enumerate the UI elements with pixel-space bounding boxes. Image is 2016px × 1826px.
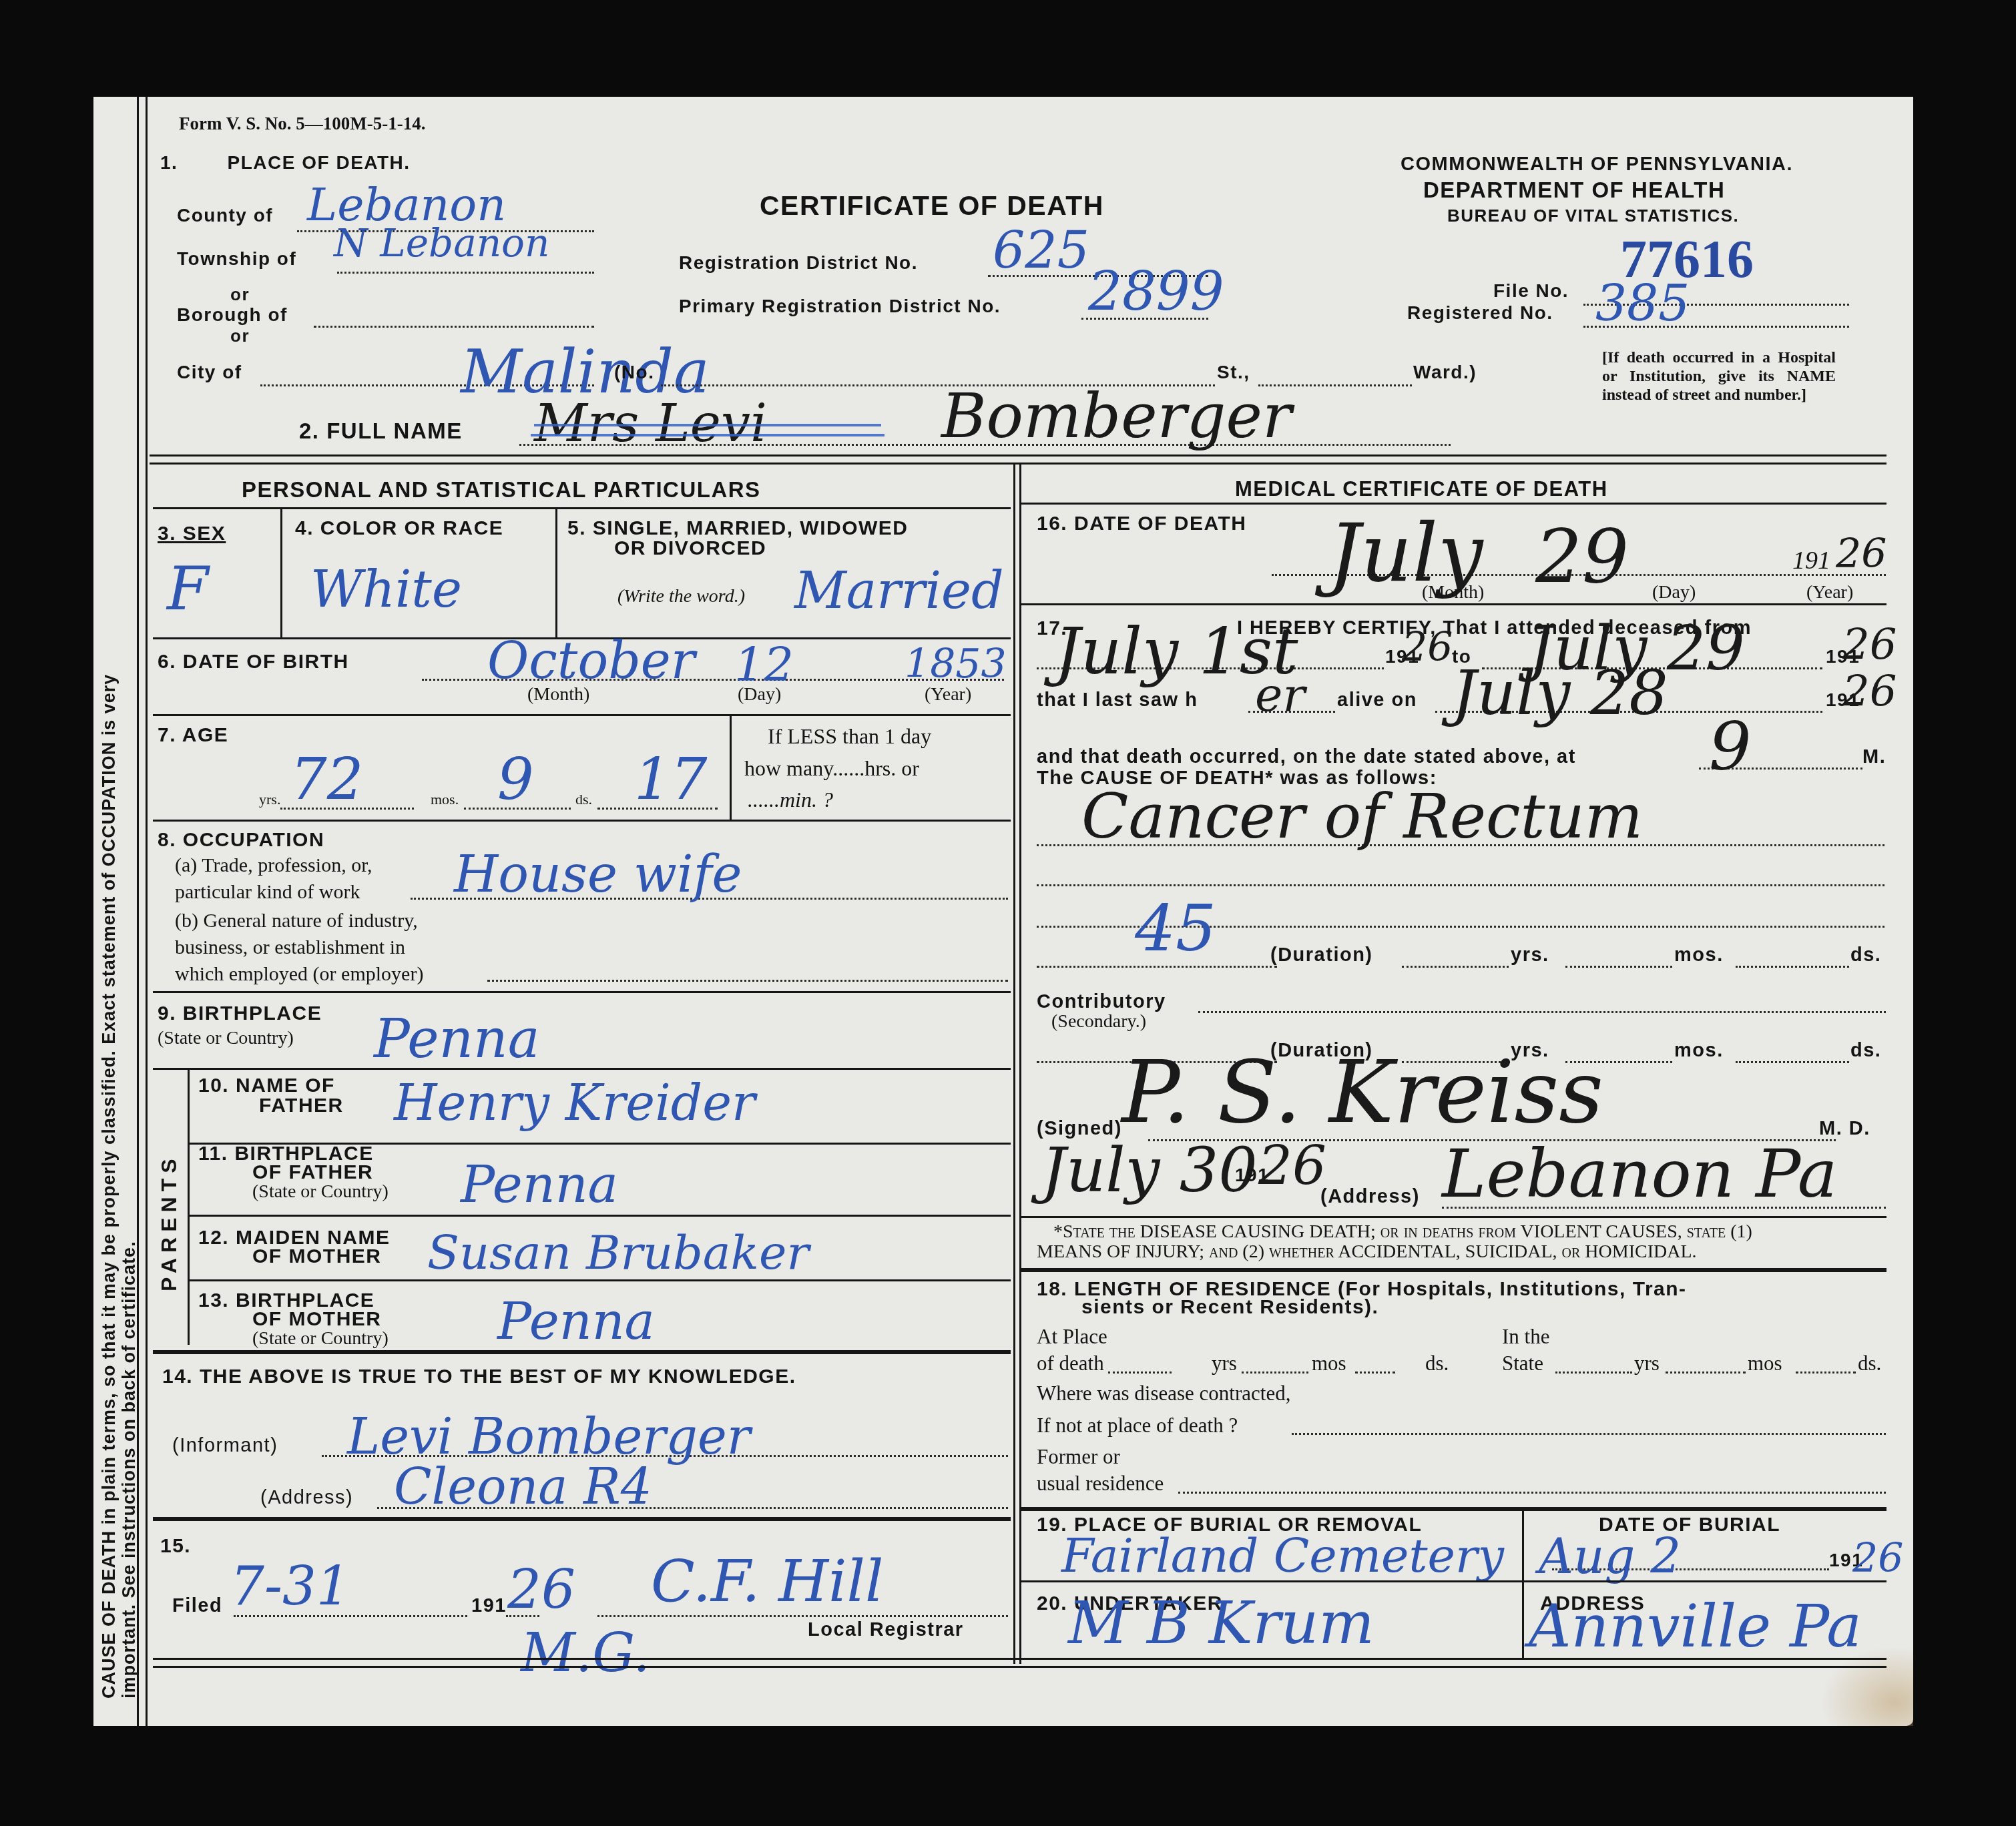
cell-divider <box>730 715 732 820</box>
occupation-value: House wife <box>454 844 742 904</box>
township-field[interactable] <box>337 272 594 274</box>
occupation-b1: (b) General nature of industry, <box>175 910 418 932</box>
informant-value: Levi Bomberger <box>347 1408 750 1466</box>
signed-year: 26 <box>1258 1135 1326 1197</box>
margin-rule-2 <box>146 97 148 1726</box>
row-rule <box>153 714 1011 716</box>
birthplace-label: 9. BIRTHPLACE <box>158 1002 322 1025</box>
undertaker-address-value: Annville Pa <box>1529 1592 1862 1660</box>
row-rule-thick <box>1021 1507 1886 1511</box>
death-time-suffix: M. <box>1862 746 1886 768</box>
less-than-line1: If LESS than 1 day <box>768 724 931 749</box>
issuer-line3: BUREAU OF VITAL STATISTICS. <box>1447 206 1739 226</box>
row-rule-thick <box>1021 1268 1886 1272</box>
father-bp-label-2: OF FATHER <box>252 1161 373 1184</box>
primary-district-value: 2899 <box>1088 260 1224 322</box>
primary-district-label: Primary Registration District No. <box>679 296 1001 317</box>
duration-yrs: yrs. <box>1511 944 1549 966</box>
signed-value: P. S. Kreiss <box>1121 1041 1603 1143</box>
section-rule <box>150 454 1886 456</box>
dod-label: 16. DATE OF DEATH <box>1037 513 1246 535</box>
reg-district-value: 625 <box>993 220 1089 280</box>
row-rule <box>190 1279 1011 1281</box>
signer-address-value: Lebanon Pa <box>1442 1135 1837 1213</box>
last-saw-label: that I last saw h <box>1037 689 1198 711</box>
row-rule-thick <box>153 1517 1011 1521</box>
contracted-line2: If not at place of death ? <box>1037 1414 1238 1438</box>
age-mos-caption: mos. <box>431 791 459 808</box>
birthplace-hint: (State or Country) <box>158 1028 294 1049</box>
occupation-a2: particular kind of work <box>175 881 360 904</box>
filed-label: Filed <box>172 1595 222 1617</box>
age-yrs-value: 72 <box>290 746 363 813</box>
registrar-signature: C.F. Hill <box>651 1548 884 1615</box>
race-value: White <box>310 559 462 619</box>
sex-value: F <box>167 554 208 624</box>
dod-year: 26 <box>1836 531 1886 577</box>
dod-day-caption: (Day) <box>1652 582 1696 603</box>
age-mos-value: 9 <box>497 746 534 813</box>
registered-no-label: Registered No. <box>1407 302 1553 324</box>
burial-year: 26 <box>1852 1535 1903 1582</box>
column-divider <box>1013 463 1015 1664</box>
residence-heading-2: sients or Recent Residents). <box>1081 1296 1378 1319</box>
county-label: County of <box>177 205 273 226</box>
contributory-field[interactable] <box>1198 1011 1886 1013</box>
race-label: 4. COLOR OR RACE <box>295 517 503 540</box>
cause-field-2[interactable] <box>1037 884 1884 886</box>
strikethrough-line <box>531 434 885 436</box>
registrar-label: Local Registrar <box>808 1619 964 1641</box>
marital-label-1: 5. SINGLE, MARRIED, WIDOWED <box>567 517 909 540</box>
row-rule <box>1021 603 1886 605</box>
issuer-line2: DEPARTMENT OF HEALTH <box>1423 178 1725 203</box>
at-place-yrs: yrs <box>1212 1351 1237 1376</box>
age-ds-caption: ds. <box>575 791 592 808</box>
former-residence-field[interactable] <box>1178 1492 1886 1494</box>
parents-divider <box>188 1068 190 1345</box>
marital-value: Married <box>794 561 1004 620</box>
hospital-note: [If death occurred in a Hospital or Inst… <box>1602 348 1836 404</box>
signer-address-label: (Address) <box>1320 1186 1420 1208</box>
marital-hint: (Write the word.) <box>617 586 745 607</box>
at-place-ds: ds. <box>1425 1351 1449 1376</box>
sex-label: 3. SEX <box>158 523 226 545</box>
ward-label: Ward.) <box>1413 362 1477 383</box>
dod-month-caption: (Month) <box>1422 582 1484 603</box>
in-state-mos: mos <box>1748 1351 1782 1376</box>
informant-address-label: (Address) <box>260 1487 353 1509</box>
alive-on-year: 26 <box>1842 667 1897 717</box>
row-rule <box>1021 1216 1886 1218</box>
or-2: or <box>230 326 250 346</box>
at-place-yrs-field[interactable] <box>1108 1372 1172 1374</box>
personal-heading: PERSONAL AND STATISTICAL PARTICULARS <box>242 477 761 503</box>
dod-year-caption: (Year) <box>1806 582 1853 603</box>
at-place-mos: mos <box>1312 1351 1346 1376</box>
alive-on-value: July 28 <box>1452 657 1668 729</box>
cell-divider <box>280 509 282 637</box>
column-divider <box>1019 463 1021 1664</box>
former-line1: Former or <box>1037 1445 1120 1469</box>
contributory-label: Contributory <box>1037 991 1166 1013</box>
attended-to-year: 26 <box>1842 621 1897 670</box>
in-state-mos-field[interactable] <box>1666 1372 1746 1374</box>
section-rule <box>150 463 1886 465</box>
dob-year: 1853 <box>905 641 1007 687</box>
marital-label-2: OR DIVORCED <box>614 537 766 560</box>
death-time-value: 9 <box>1709 707 1752 786</box>
father-bp-value: Penna <box>461 1155 618 1214</box>
occupation-b2: business, or establishment in <box>175 936 405 959</box>
at-place-mos-field[interactable] <box>1242 1372 1308 1374</box>
full-name-label: 2. FULL NAME <box>299 418 463 444</box>
duration-ds-field[interactable] <box>1736 966 1849 968</box>
occupation-label: 8. OCCUPATION <box>158 829 324 852</box>
secondary-label: (Secondary.) <box>1051 1011 1146 1032</box>
township-label: Township of <box>177 248 296 270</box>
contributory-ds-field[interactable] <box>1736 1061 1849 1063</box>
duration-field[interactable] <box>1037 966 1277 968</box>
bottom-rule <box>153 1666 1886 1668</box>
occupation-b3: which employed (or employer) <box>175 963 423 986</box>
age-yrs-caption: yrs. <box>259 791 280 808</box>
age-ds-value: 17 <box>634 746 707 813</box>
cell-divider <box>555 509 557 637</box>
row-rule <box>153 991 1011 993</box>
in-state-yrs: yrs <box>1634 1351 1660 1376</box>
mother-name-value: Susan Brubaker <box>427 1225 809 1280</box>
contracted-line1: Where was disease contracted, <box>1037 1382 1290 1406</box>
mother-bp-label-2: OF MOTHER <box>252 1308 382 1331</box>
margin-rule-1 <box>137 97 139 1726</box>
burial-place-value: Fairland Cemetery <box>1061 1528 1504 1583</box>
age-label: 7. AGE <box>158 724 228 747</box>
attended-from-year: 26 <box>1402 624 1453 671</box>
margin-note-line1: CAUSE OF DEATH in plain terms, so that i… <box>99 674 119 1699</box>
registrar-field[interactable] <box>597 1615 1008 1617</box>
filed-date-value: 7-31 <box>230 1555 350 1617</box>
mother-bp-value: Penna <box>497 1291 655 1351</box>
medical-heading: MEDICAL CERTIFICATE OF DEATH <box>1235 477 1608 501</box>
death-time-label: and that death occurred, on the date sta… <box>1037 746 1576 768</box>
duration-label: (Duration) <box>1270 944 1373 966</box>
last-saw-pronoun: er <box>1255 667 1305 722</box>
undertaker-value: M B Krum <box>1068 1588 1374 1657</box>
cause-value: Cancer of Rectum <box>1081 781 1643 852</box>
street-no-label: (No. <box>614 362 654 383</box>
informant-heading: 14. THE ABOVE IS TRUE TO THE BEST OF MY … <box>162 1365 796 1388</box>
in-state-line1: In the <box>1502 1325 1549 1349</box>
filed-year-prefix: 191 <box>471 1595 507 1617</box>
dod-year-prefix: 191 <box>1792 546 1830 575</box>
contributory-ds: ds. <box>1850 1040 1881 1062</box>
or-1: or <box>230 284 250 305</box>
less-than-line2: how many......hrs. or <box>744 756 919 781</box>
dob-month: October <box>487 631 695 690</box>
signed-date: July 30 <box>1041 1135 1258 1206</box>
father-name-value: Henry Kreider <box>394 1075 755 1132</box>
township-value: N Lebanon <box>334 220 549 266</box>
birthplace-value: Penna <box>374 1008 539 1070</box>
informant-label: (Informant) <box>172 1435 278 1457</box>
burial-date-value: Aug 2 <box>1539 1528 1681 1584</box>
registered-no-value: 385 <box>1595 275 1690 332</box>
form-number: Form V. S. No. 5—100M-5-1-14. <box>179 113 425 134</box>
mother-bp-hint: (State or Country) <box>252 1328 389 1349</box>
father-name-label-2: FATHER <box>259 1095 344 1117</box>
mother-name-label-2: OF MOTHER <box>252 1245 382 1268</box>
at-place-line2: of death <box>1037 1351 1104 1376</box>
dob-label: 6. DATE OF BIRTH <box>158 651 349 673</box>
at-place-ds-field[interactable] <box>1355 1372 1395 1374</box>
duration-ds: ds. <box>1850 944 1881 966</box>
place-of-death-heading: 1. PLACE OF DEATH. <box>160 152 411 174</box>
registrar-initials: M.G. <box>521 1622 650 1684</box>
dob-month-caption: (Month) <box>527 684 589 705</box>
alive-on-label: alive on <box>1337 689 1417 711</box>
in-state-ds: ds. <box>1858 1351 1881 1376</box>
occupation-b-field[interactable] <box>487 980 1008 982</box>
in-state-yrs-field[interactable] <box>1555 1372 1632 1374</box>
former-line2: usual residence <box>1037 1472 1164 1496</box>
city-label: City of <box>177 362 242 383</box>
occupation-a1: (a) Trade, profession, or, <box>175 854 372 877</box>
footnote-line1: *State the DISEASE CAUSING DEATH; or in … <box>1053 1221 1752 1243</box>
in-state-line2: State <box>1502 1351 1543 1376</box>
row-rule <box>1021 1580 1886 1582</box>
row-rule <box>153 820 1011 822</box>
filed-year-value: 26 <box>507 1558 575 1620</box>
issuer-line1: COMMONWEALTH OF PENNSYLVANIA. <box>1401 154 1793 176</box>
strikethrough-line <box>534 424 881 426</box>
duration-yrs-field[interactable] <box>1402 966 1509 968</box>
borough-label: Borough of <box>177 304 288 326</box>
full-name-value: Bomberger <box>941 380 1292 452</box>
row-rule <box>153 1068 1011 1070</box>
burial-divider <box>1522 1508 1524 1659</box>
at-place-line1: At Place <box>1037 1325 1107 1349</box>
father-name-label-1: 10. NAME OF <box>198 1075 335 1097</box>
footnote-line2: MEANS OF INJURY; and (2) whether ACCIDEN… <box>1037 1241 1697 1263</box>
row-rule-thick <box>153 1350 1011 1354</box>
in-state-ds-field[interactable] <box>1796 1372 1856 1374</box>
certificate-title: CERTIFICATE OF DEATH <box>760 190 1104 222</box>
contracted-field[interactable] <box>1292 1433 1886 1435</box>
duration-mos: mos. <box>1674 944 1724 966</box>
file-no-label: File No. <box>1493 280 1569 302</box>
borough-field[interactable] <box>314 326 594 328</box>
duration-mos-field[interactable] <box>1565 966 1672 968</box>
dob-year-caption: (Year) <box>925 684 971 705</box>
reg-district-label: Registration District No. <box>679 252 918 274</box>
informant-address-value: Cleona R4 <box>394 1458 652 1516</box>
duration-value: 45 <box>1135 891 1216 966</box>
dob-day-caption: (Day) <box>738 684 781 705</box>
less-than-line3: ......min. ? <box>748 788 833 812</box>
contributory-mos: mos. <box>1674 1040 1724 1062</box>
row-rule <box>1021 503 1886 505</box>
dod-day: 29 <box>1535 514 1629 599</box>
filing-number: 15. <box>160 1535 191 1558</box>
father-bp-hint: (State or Country) <box>252 1181 389 1203</box>
row-rule <box>190 1215 1011 1217</box>
parents-label: PARENTS <box>157 1153 182 1291</box>
